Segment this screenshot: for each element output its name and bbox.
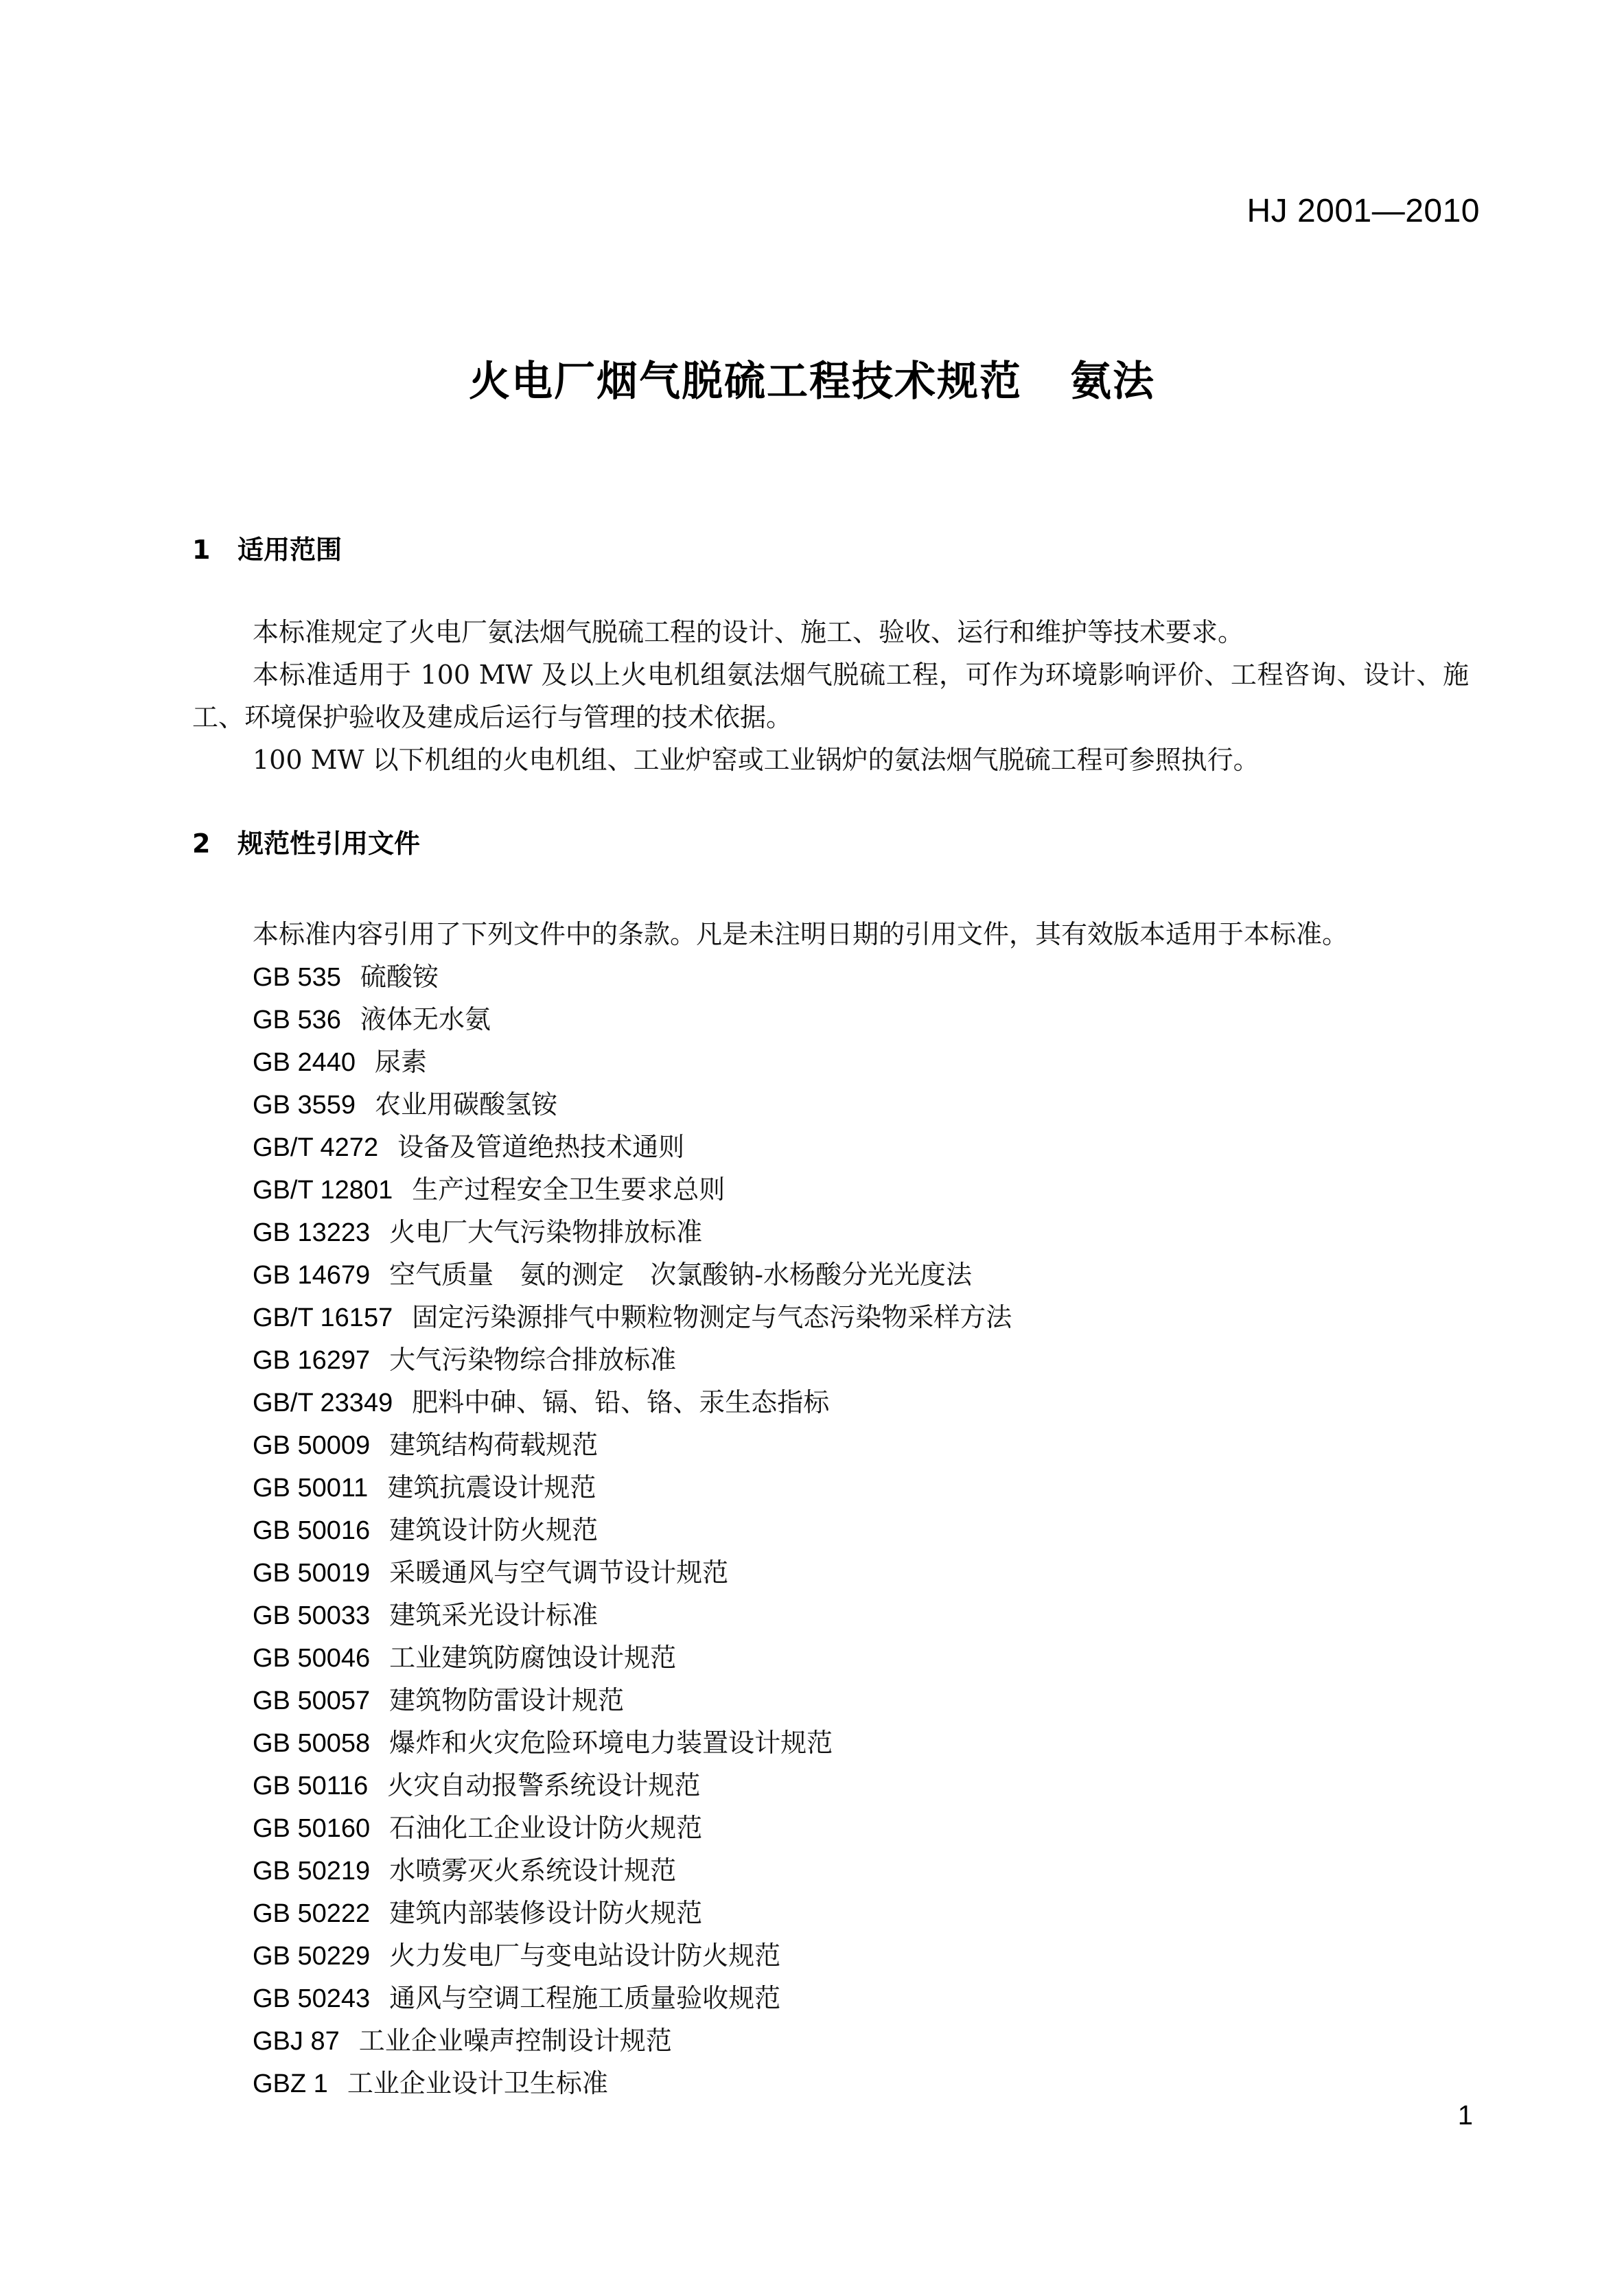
reference-code: GB 50160 [253,1814,370,1843]
reference-code: GB/T 4272 [253,1133,378,1162]
reference-name: 工业建筑防腐蚀设计规范 [389,1643,676,1673]
reference-name: 工业企业噪声控制设计规范 [359,2026,672,2056]
reference-item: GB 50116火灾自动报警系统设计规范 [253,1764,1012,1807]
reference-item: GB 50243通风与空调工程施工质量验收规范 [253,1977,1012,2019]
reference-code: GB 535 [253,963,341,992]
reference-code: GB 3559 [253,1091,356,1120]
reference-code: GB 50229 [253,1942,370,1971]
reference-name: 石油化工企业设计防火规范 [389,1813,702,1843]
reference-name: 通风与空调工程施工质量验收规范 [389,1983,780,2013]
reference-name: 液体无水氨 [360,1004,491,1034]
reference-name: 农业用碳酸氢铵 [375,1089,557,1120]
reference-name: 硫酸铵 [360,962,439,992]
reference-name: 建筑结构荷载规范 [389,1430,598,1460]
reference-name: 火灾自动报警系统设计规范 [387,1770,700,1800]
reference-item: GB/T 4272设备及管道绝热技术通则 [253,1126,1012,1168]
reference-code: GB 50016 [253,1516,370,1545]
reference-name: 工业企业设计卫生标准 [347,2068,608,2098]
reference-code: GB 50011 [253,1474,368,1503]
reference-code: GB 50058 [253,1729,370,1758]
reference-name: 建筑物防雷设计规范 [389,1685,624,1715]
reference-item: GB/T 23349肥料中砷、镉、铅、铬、汞生态指标 [253,1381,1012,1424]
reference-code: GB 14679 [253,1261,370,1290]
reference-name: 生产过程安全卫生要求总则 [412,1174,725,1205]
reference-item: GB/T 12801生产过程安全卫生要求总则 [253,1168,1012,1211]
reference-item: GB 536液体无水氨 [253,998,1012,1041]
section-number: 1 [192,535,237,565]
reference-list: GB 535硫酸铵 GB 536液体无水氨 GB 2440尿素 GB 3559农… [253,955,1012,2104]
reference-name: 建筑设计防火规范 [389,1515,598,1545]
paragraph: 本标准规定了火电厂氨法烟气脱硫工程的设计、施工、验收、运行和维护等技术要求。 [192,611,1469,653]
reference-code: GB 50057 [253,1686,370,1715]
reference-code: GB 50243 [253,1984,370,2013]
reference-item: GB/T 16157固定污染源排气中颗粒物测定与气态污染物采样方法 [253,1296,1012,1338]
reference-name: 设备及管道绝热技术通则 [397,1132,684,1162]
reference-code: GB 50219 [253,1857,370,1886]
reference-name: 大气污染物综合排放标准 [389,1345,676,1375]
paragraph: 100 MW 以下机组的火电机组、工业炉窑或工业锅炉的氨法烟气脱硫工程可参照执行… [192,739,1469,781]
reference-code: GB 50222 [253,1899,370,1928]
reference-name: 固定污染源排气中颗粒物测定与气态污染物采样方法 [412,1302,1012,1332]
reference-name: 空气质量 氨的测定 次氯酸钠-水杨酸分光光度法 [389,1260,972,1290]
reference-item: GB 50219水喷雾灭火系统设计规范 [253,1849,1012,1892]
reference-item: GB 535硫酸铵 [253,955,1012,998]
reference-code: GB 16297 [253,1346,370,1375]
section-2-heading: 2规范性引用文件 [192,822,420,860]
paragraph: 本标准适用于 100 MW 及以上火电机组氨法烟气脱硫工程，可作为环境影响评价、… [192,653,1469,739]
reference-item: GB 50016建筑设计防火规范 [253,1509,1012,1551]
reference-code: GB 50009 [253,1431,370,1460]
reference-item: GBJ 87工业企业噪声控制设计规范 [253,2019,1012,2062]
reference-code: GB 50116 [253,1772,368,1800]
reference-name: 建筑内部装修设计防火规范 [389,1898,702,1928]
document-title: 火电厂烟气脱硫工程技术规范氨法 [0,349,1624,408]
reference-name: 肥料中砷、镉、铅、铬、汞生态指标 [412,1387,829,1417]
reference-item: GB 50160石油化工企业设计防火规范 [253,1807,1012,1849]
reference-code: GBJ 87 [253,2027,340,2056]
reference-code: GB 50033 [253,1601,370,1630]
document-title-main: 火电厂烟气脱硫工程技术规范 [469,358,1022,406]
reference-item: GB 14679空气质量 氨的测定 次氯酸钠-水杨酸分光光度法 [253,1253,1012,1296]
section-number: 2 [192,828,237,859]
reference-item: GB 50009建筑结构荷载规范 [253,1424,1012,1466]
reference-name: 采暖通风与空气调节设计规范 [389,1557,728,1588]
reference-code: GB/T 12801 [253,1176,393,1205]
reference-code: GB 536 [253,1006,341,1034]
reference-item: GB 3559农业用碳酸氢铵 [253,1083,1012,1126]
paragraph: 本标准内容引用了下列文件中的条款。凡是未注明日期的引用文件，其有效版本适用于本标… [192,913,1469,955]
reference-code: GB 2440 [253,1048,356,1077]
section-1-heading: 1适用范围 [192,529,342,566]
reference-name: 建筑抗震设计规范 [387,1472,596,1503]
reference-item: GB 50033建筑采光设计标准 [253,1594,1012,1636]
reference-item: GB 50019采暖通风与空气调节设计规范 [253,1551,1012,1594]
reference-name: 水喷雾灭火系统设计规范 [389,1855,676,1886]
reference-code: GB 13223 [253,1218,370,1247]
document-title-sub: 氨法 [1070,358,1155,406]
reference-item: GB 2440尿素 [253,1041,1012,1083]
reference-code: GB/T 23349 [253,1389,393,1417]
reference-name: 火电厂大气污染物排放标准 [389,1217,702,1247]
reference-code: GBZ 1 [253,2069,328,2098]
standard-code: HJ 2001—2010 [1246,192,1480,230]
reference-name: 尿素 [375,1047,427,1077]
reference-item: GB 13223火电厂大气污染物排放标准 [253,1211,1012,1253]
page-number: 1 [1458,2100,1473,2131]
reference-code: GB/T 16157 [253,1303,393,1332]
section-title: 适用范围 [237,535,342,565]
reference-item: GBZ 1工业企业设计卫生标准 [253,2062,1012,2104]
reference-code: GB 50019 [253,1559,370,1588]
section-2-intro: 本标准内容引用了下列文件中的条款。凡是未注明日期的引用文件，其有效版本适用于本标… [192,913,1469,955]
reference-item: GB 50222建筑内部装修设计防火规范 [253,1892,1012,1934]
reference-item: GB 50046工业建筑防腐蚀设计规范 [253,1636,1012,1679]
reference-item: GB 50229火力发电厂与变电站设计防火规范 [253,1934,1012,1977]
reference-item: GB 16297大气污染物综合排放标准 [253,1338,1012,1381]
reference-name: 建筑采光设计标准 [389,1600,598,1630]
section-1-body: 本标准规定了火电厂氨法烟气脱硫工程的设计、施工、验收、运行和维护等技术要求。 本… [192,611,1469,781]
reference-item: GB 50058爆炸和火灾危险环境电力装置设计规范 [253,1721,1012,1764]
reference-name: 爆炸和火灾危险环境电力装置设计规范 [389,1728,833,1758]
reference-item: GB 50011建筑抗震设计规范 [253,1466,1012,1509]
reference-code: GB 50046 [253,1644,370,1673]
section-title: 规范性引用文件 [237,828,420,859]
reference-item: GB 50057建筑物防雷设计规范 [253,1679,1012,1721]
reference-name: 火力发电厂与变电站设计防火规范 [389,1940,780,1971]
